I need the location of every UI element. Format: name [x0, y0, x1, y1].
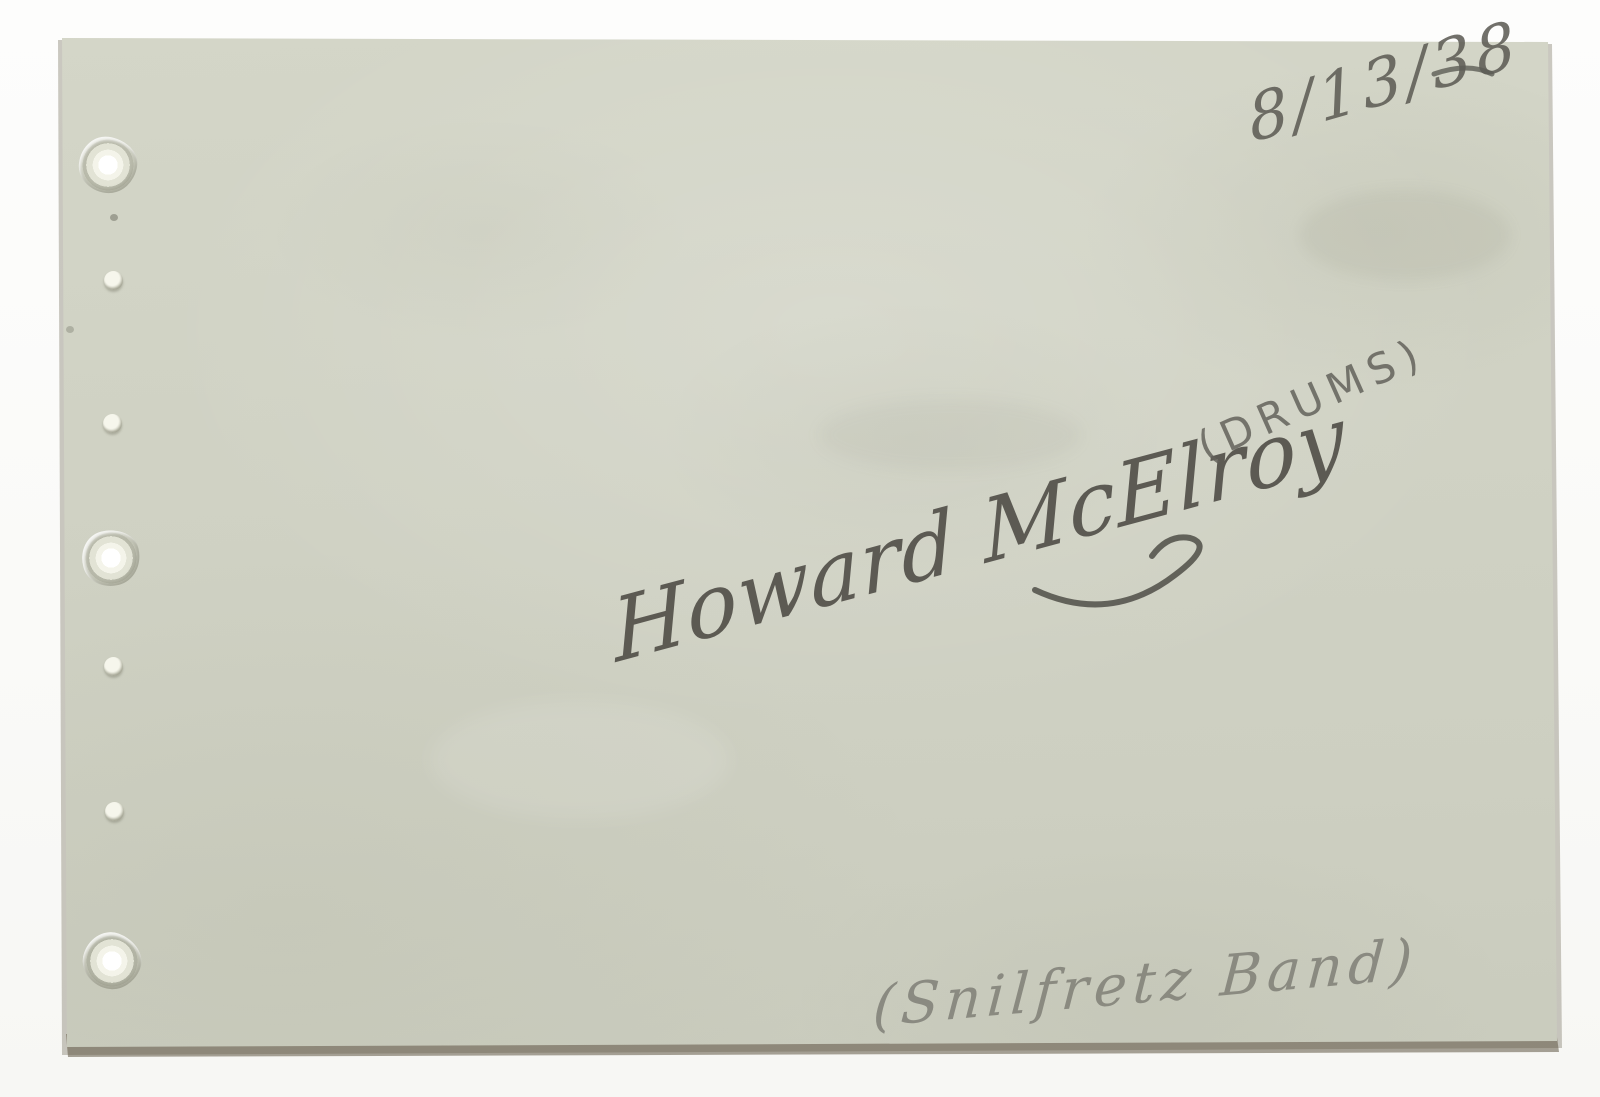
scanned-autograph-photo: 8/13/38 Howard McElroy (DRUMS) (Snilfret…: [0, 0, 1600, 1097]
handwriting-layer: 8/13/38 Howard McElroy (DRUMS) (Snilfret…: [0, 0, 1600, 1097]
band-note: (Snilfretz Band): [871, 927, 1420, 1040]
date-inscription: 8/13/38: [1244, 6, 1525, 158]
